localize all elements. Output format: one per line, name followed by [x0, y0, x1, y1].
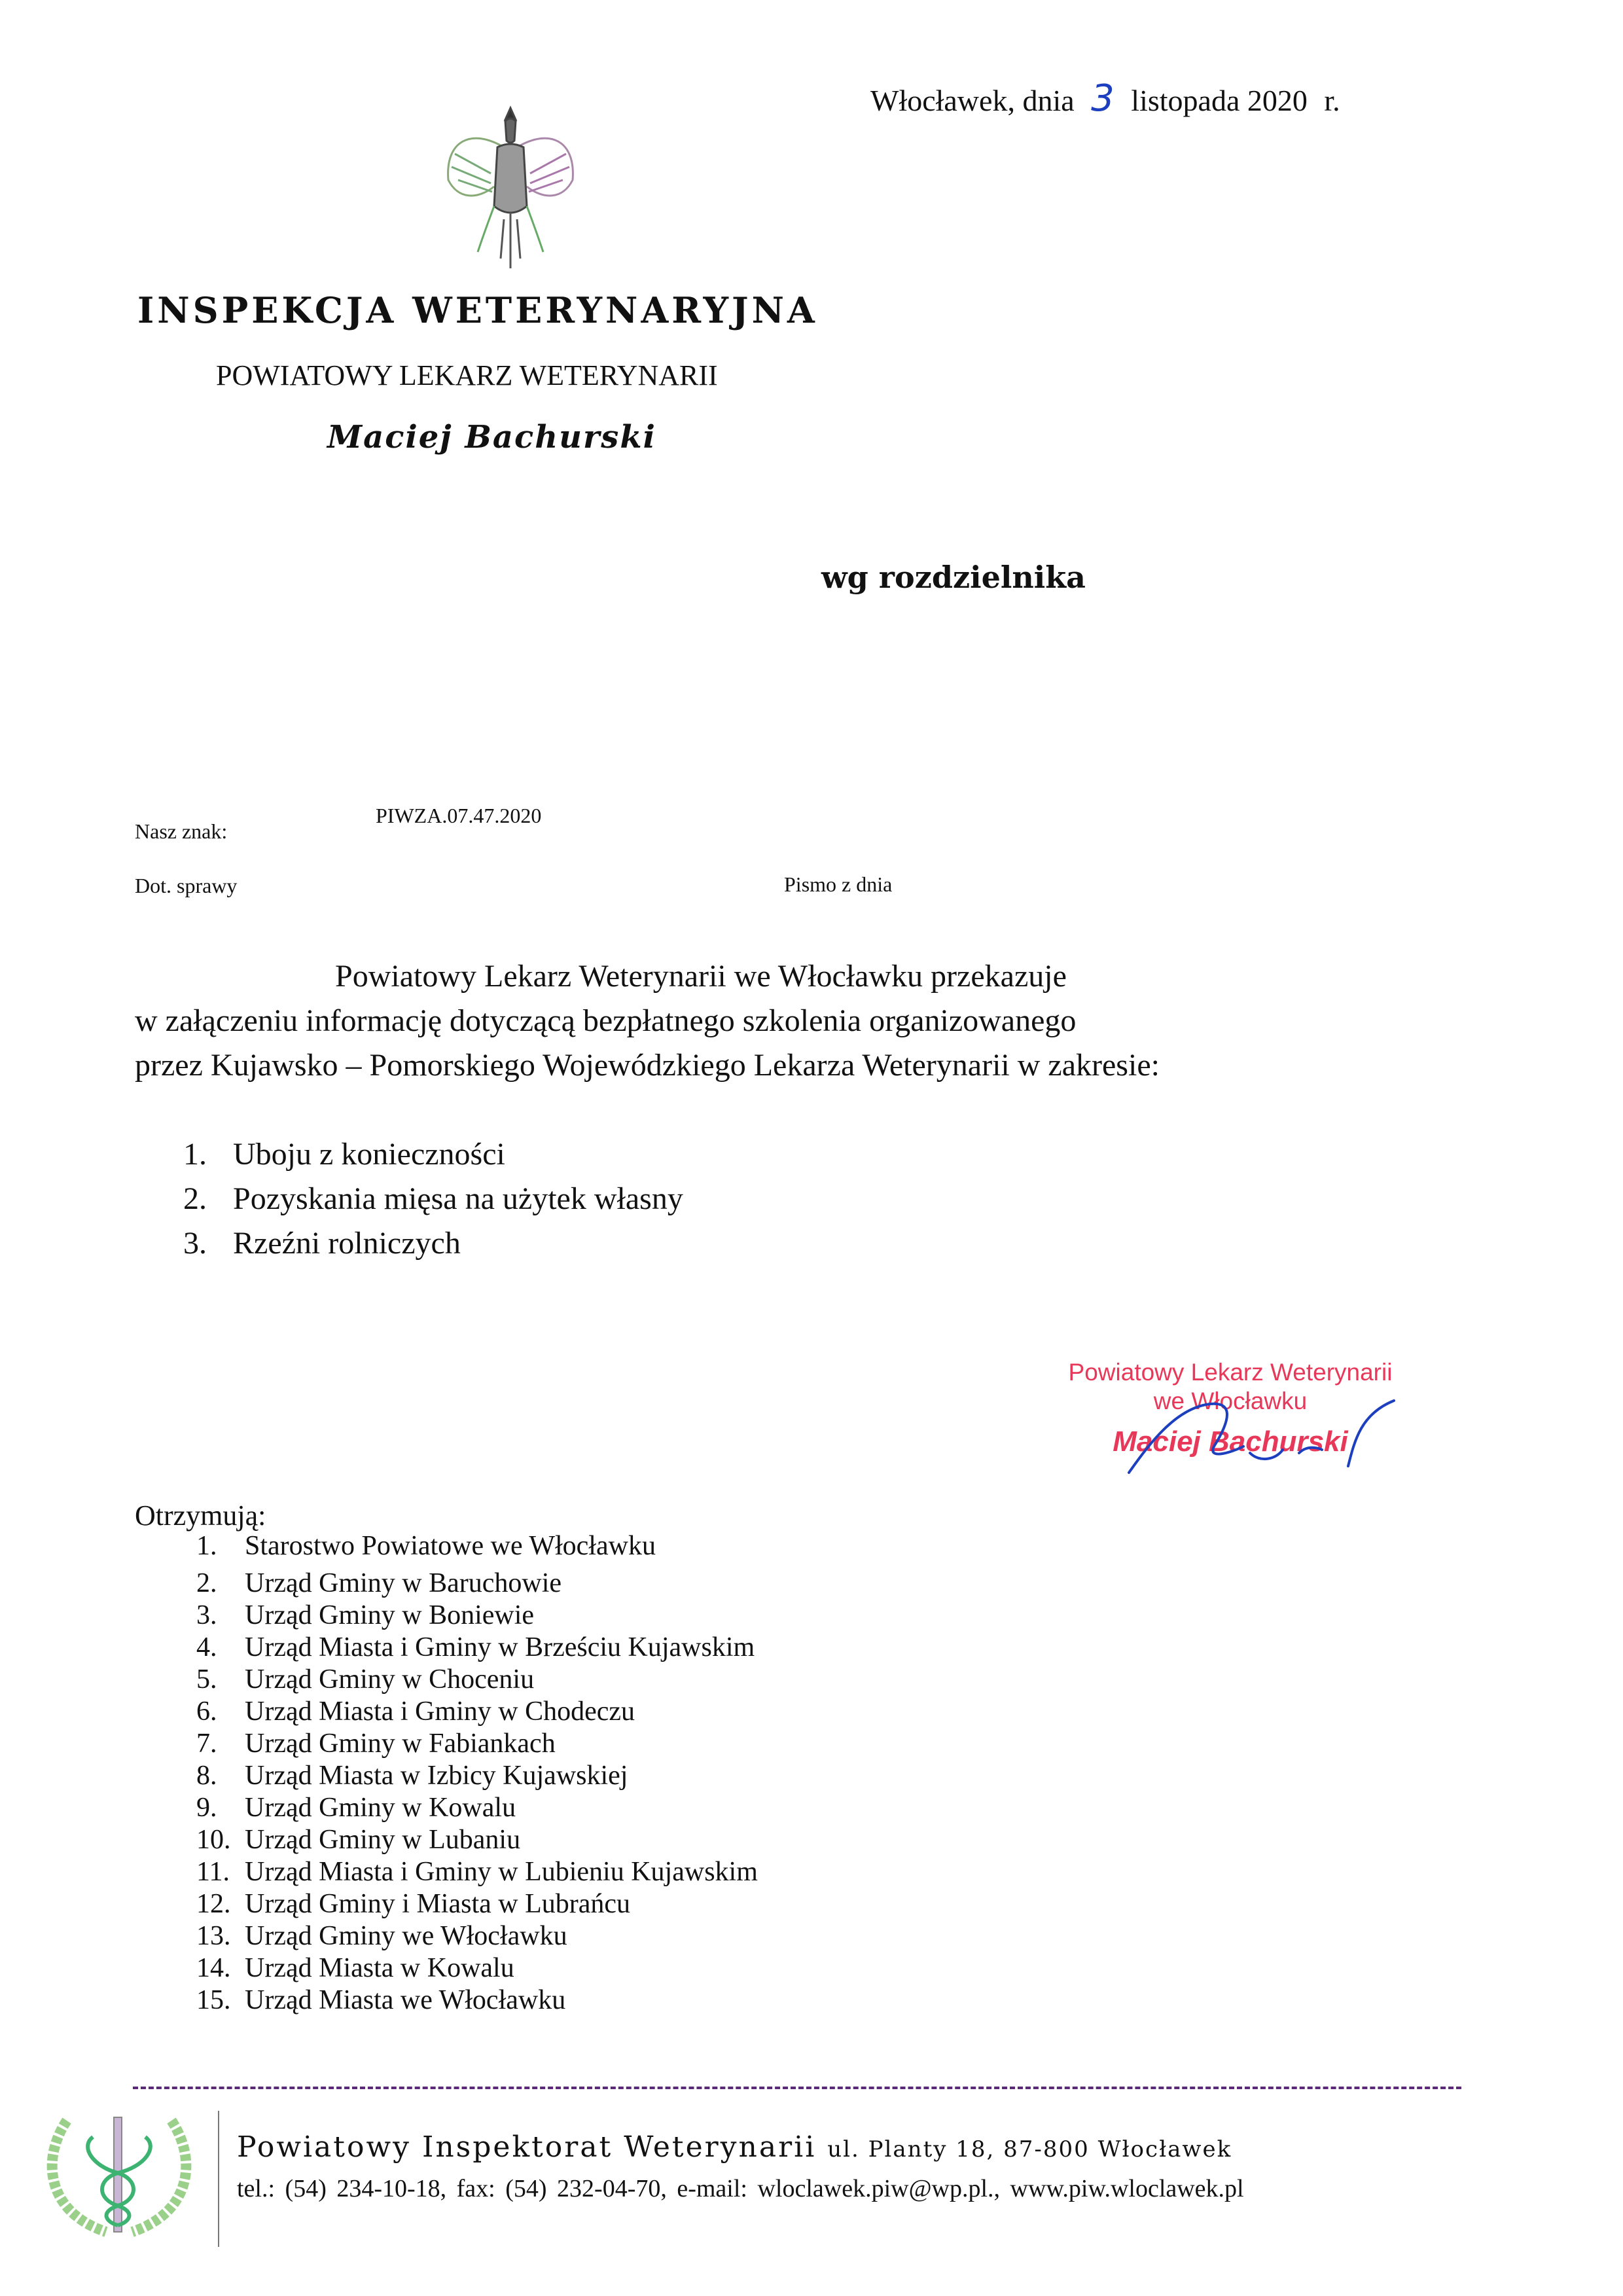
recipient-item: 13.Urząd Gminy we Włocławku	[196, 1920, 758, 1952]
item-text: Uboju z konieczności	[233, 1137, 505, 1172]
footer-institution-name: Powiatowy Inspektorat Weterynarii	[237, 2130, 816, 2164]
item-number: 6.	[196, 1696, 245, 1728]
item-number: 2.	[183, 1177, 233, 1221]
recipient-item: 10.Urząd Gminy w Lubaniu	[196, 1824, 758, 1856]
list-item: 2.Pozyskania mięsa na użytek własny	[183, 1177, 683, 1221]
item-text: Urząd Gminy w Kowalu	[245, 1793, 516, 1823]
handwritten-day: 3	[1091, 77, 1115, 120]
matter-label: Dot. sprawy	[135, 874, 237, 898]
item-number: 10.	[196, 1824, 245, 1856]
date-prefix: Włocławek, dnia	[870, 84, 1075, 117]
item-text: Urząd Miasta i Gminy w Brześciu Kujawski…	[245, 1632, 755, 1662]
recipient-item: 4.Urząd Miasta i Gminy w Brześciu Kujaws…	[196, 1632, 758, 1664]
item-text: Urząd Miasta w Kowalu	[245, 1953, 514, 1983]
item-number: 8.	[196, 1760, 245, 1792]
item-text: Urząd Gminy i Miasta w Lubrańcu	[245, 1889, 630, 1919]
recipients-list: 1.Starostwo Powiatowe we Włocławku 2.Urz…	[196, 1530, 758, 2017]
recipient-item: 2.Urząd Gminy w Baruchowie	[196, 1568, 758, 1600]
organization-head-name: Maciej Bachurski	[327, 419, 656, 456]
letter-date-label: Pismo z dnia	[784, 872, 892, 897]
footer-vertical-divider	[218, 2111, 219, 2247]
item-number: 4.	[196, 1632, 245, 1664]
letter-body: Powiatowy Lekarz Weterynarii we Włocławk…	[135, 954, 1476, 1088]
item-number: 15.	[196, 1984, 245, 2017]
footer-address: ul. Planty 18, 87-800 Włocławek	[827, 2136, 1232, 2162]
item-text: Rzeźni rolniczych	[233, 1226, 461, 1261]
recipient-item: 12.Urząd Gminy i Miasta w Lubrańcu	[196, 1888, 758, 1920]
item-text: Urząd Gminy w Boniewie	[245, 1600, 534, 1630]
item-number: 11.	[196, 1856, 245, 1888]
body-line: przez Kujawsko – Pomorskiego Wojewódzkie…	[135, 1043, 1476, 1088]
item-text: Urząd Gminy w Fabiankach	[245, 1729, 556, 1759]
item-number: 3.	[183, 1221, 233, 1266]
item-number: 2.	[196, 1568, 245, 1600]
item-text: Urząd Miasta we Włocławku	[245, 1985, 565, 2015]
footer-contact: tel.: (54) 234-10-18, fax: (54) 232-04-7…	[237, 2174, 1244, 2203]
place-date: Włocławek, dnia 3 listopada 2020 r.	[870, 77, 1340, 120]
item-text: Urząd Gminy w Lubaniu	[245, 1825, 520, 1855]
item-text: Urząd Gminy we Włocławku	[245, 1921, 567, 1951]
item-text: Urząd Miasta i Gminy w Chodeczu	[245, 1696, 635, 1727]
item-number: 1.	[196, 1530, 245, 1562]
item-text: Urząd Miasta i Gminy w Lubieniu Kujawski…	[245, 1857, 758, 1887]
list-item: 1.Uboju z konieczności	[183, 1132, 683, 1177]
item-number: 5.	[196, 1664, 245, 1696]
item-text: Starostwo Powiatowe we Włocławku	[245, 1531, 656, 1561]
recipient-item: 3.Urząd Gminy w Boniewie	[196, 1600, 758, 1632]
recipients-label: Otrzymują:	[135, 1499, 266, 1532]
recipient-item: 6.Urząd Miasta i Gminy w Chodeczu	[196, 1696, 758, 1728]
body-line: Powiatowy Lekarz Weterynarii we Włocławk…	[135, 954, 1476, 999]
item-number: 3.	[196, 1600, 245, 1632]
item-number: 13.	[196, 1920, 245, 1952]
item-number: 12.	[196, 1888, 245, 1920]
list-item: 3.Rzeźni rolniczych	[183, 1221, 683, 1266]
item-number: 1.	[183, 1132, 233, 1177]
recipient-item: 8.Urząd Miasta w Izbicy Kujawskiej	[196, 1760, 758, 1792]
recipient-item: 11.Urząd Miasta i Gminy w Lubieniu Kujaw…	[196, 1856, 758, 1888]
recipient-item: 15.Urząd Miasta we Włocławku	[196, 1984, 758, 2017]
item-text: Pozyskania mięsa na użytek własny	[233, 1181, 683, 1216]
footer-divider-line	[133, 2087, 1461, 2089]
organization-title: INSPEKCJA WETERYNARYJNA	[137, 289, 818, 331]
addressee: wg rozdzielnika	[821, 560, 1086, 595]
item-text: Urząd Gminy w Choceniu	[245, 1664, 534, 1695]
caduceus-wreath-logo-icon	[41, 2101, 198, 2238]
recipient-item: 5.Urząd Gminy w Choceniu	[196, 1664, 758, 1696]
item-number: 9.	[196, 1792, 245, 1824]
recipient-item: 9.Urząd Gminy w Kowalu	[196, 1792, 758, 1824]
footer-institution: Powiatowy Inspektorat Weterynarii ul. Pl…	[237, 2130, 1232, 2164]
our-sign-value: PIWZA.07.47.2020	[376, 804, 541, 828]
date-suffix: r.	[1324, 84, 1340, 117]
recipient-item: 7.Urząd Gminy w Fabiankach	[196, 1728, 758, 1760]
body-line: w załączeniu informację dotyczącą bezpła…	[135, 999, 1476, 1043]
scope-list: 1.Uboju z konieczności 2.Pozyskania mięs…	[183, 1132, 683, 1266]
recipient-item: 1.Starostwo Powiatowe we Włocławku	[196, 1530, 758, 1562]
item-text: Urząd Miasta w Izbicy Kujawskiej	[245, 1761, 628, 1791]
recipient-item: 14.Urząd Miasta w Kowalu	[196, 1952, 758, 1984]
polish-eagle-emblem-icon	[432, 101, 589, 272]
item-number: 7.	[196, 1728, 245, 1760]
our-sign-label: Nasz znak:	[135, 819, 227, 844]
date-month-year: listopada 2020	[1131, 84, 1308, 117]
item-number: 14.	[196, 1952, 245, 1984]
handwritten-signature-icon	[1073, 1388, 1414, 1486]
stamp-line: Powiatowy Lekarz Weterynarii	[1060, 1358, 1400, 1387]
item-text: Urząd Gminy w Baruchowie	[245, 1568, 562, 1598]
organization-subtitle: POWIATOWY LEKARZ WETERYNARII	[216, 359, 718, 392]
